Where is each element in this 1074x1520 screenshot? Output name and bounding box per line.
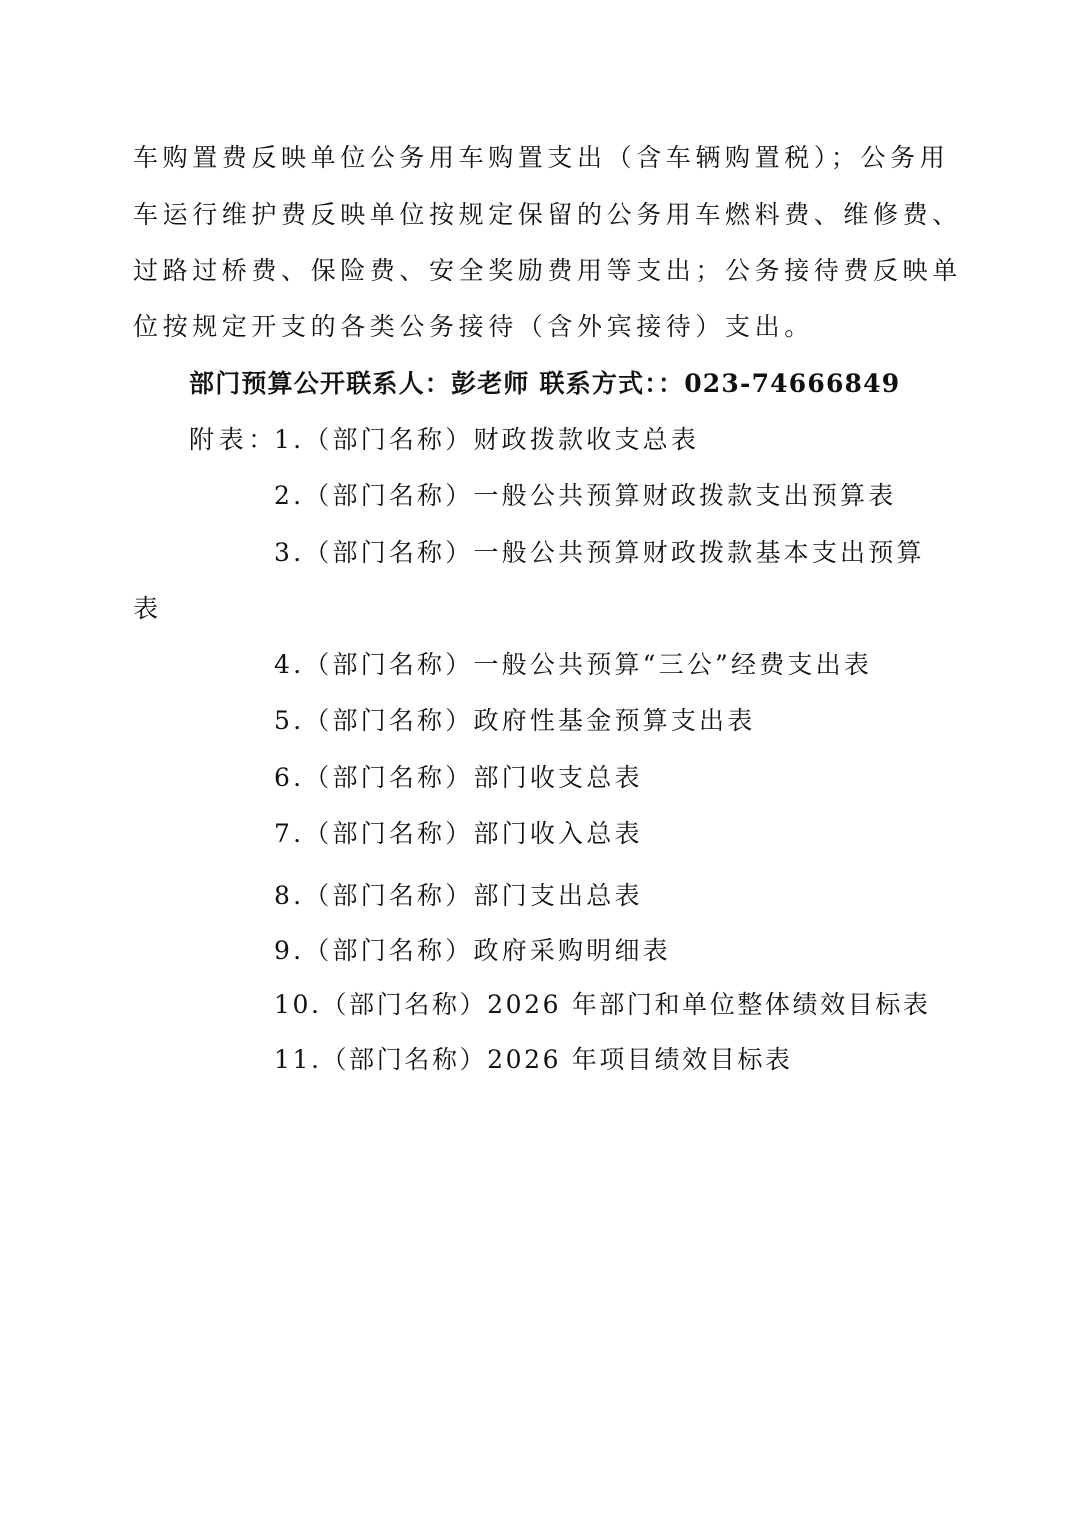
attachment-item: 3.（部门名称）一般公共预算财政拨款基本支出预算 — [274, 538, 925, 568]
contact-info: 部门预算公开联系人：彭老师 联系方式：：023-74666849 — [189, 369, 900, 399]
attachment-item-continuation: 表 — [133, 594, 163, 624]
attachment-item: 11.（部门名称）2026 年项目绩效目标表 — [274, 1045, 793, 1075]
attachment-item: 5.（部门名称）政府性基金预算支出表 — [274, 706, 755, 736]
attachment-item: 7.（部门名称）部门收入总表 — [274, 819, 643, 849]
attachment-item: 1.（部门名称）财政拨款收支总表 — [274, 425, 699, 455]
paragraph-line: 车运行维护费反映单位按规定保留的公务用车燃料费、维修费、 — [133, 200, 962, 230]
paragraph-line: 位按规定开支的各类公务接待（含外宾接待）支出。 — [133, 312, 814, 342]
paragraph-line: 车购置费反映单位公务用车购置支出（含车辆购置税）；公务用 — [133, 143, 949, 173]
attachment-label: 附表： — [189, 425, 278, 455]
attachment-item: 2.（部门名称）一般公共预算财政拨款支出预算表 — [274, 481, 896, 511]
attachment-item: 4.（部门名称）一般公共预算“三公”经费支出表 — [274, 650, 872, 680]
attachment-item: 6.（部门名称）部门收支总表 — [274, 763, 643, 793]
attachment-item: 9.（部门名称）政府采购明细表 — [274, 936, 671, 966]
attachment-item: 8.（部门名称）部门支出总表 — [274, 881, 643, 911]
paragraph-line: 过路过桥费、保险费、安全奖励费用等支出；公务接待费反映单 — [133, 256, 962, 286]
attachment-item: 10.（部门名称）2026 年部门和单位整体绩效目标表 — [274, 990, 931, 1020]
